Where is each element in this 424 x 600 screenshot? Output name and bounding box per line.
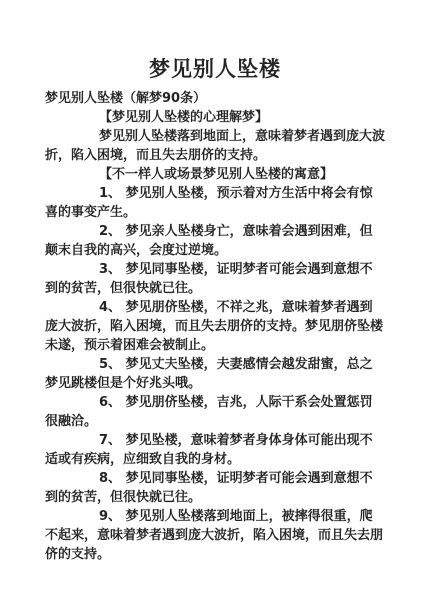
list-item-1: 1、 梦见别人坠楼，预示着对方生活中将会有惊喜的事变产生。 <box>45 184 385 222</box>
list-item-2: 2、 梦见亲人坠楼身亡，意味着会遇到困难，但颠末自我的高兴，会度过逆境。 <box>45 222 385 260</box>
section-heading-scenarios: 【不一样人或场景梦见别人坠楼的寓意】 <box>45 165 385 184</box>
list-item-9: 9、 梦见别人坠楼落到地面上，被摔得很重，爬不起来，意味着梦者遇到庞大波折，陷入… <box>45 507 385 564</box>
list-item-4: 4、 梦见朋侪坠楼，不祥之兆，意味着梦者遇到庞大波折，陷入困境，而且失去朋侪的支… <box>45 298 385 355</box>
list-item-8: 8、 梦见同事坠楼，证明梦者可能会遇到意想不到的贫苦，但很快就已往。 <box>45 469 385 507</box>
document-content: 梦见别人坠楼 梦见别人坠楼（解梦90条） 【梦见别人坠楼的心理解梦】 梦见别人坠… <box>0 56 424 564</box>
list-item-6: 6、 梦见朋侪坠楼，吉兆，人际干系会处置惩罚很融洽。 <box>45 393 385 431</box>
page-title: 梦见别人坠楼 <box>45 56 385 82</box>
psychology-paragraph: 梦见别人坠楼落到地面上，意味着梦者遇到庞大波折，陷入困境，而且失去朋侪的支持。 <box>45 127 385 165</box>
list-item-7: 7、 梦见坠楼，意味着梦者身体身体可能出现不适或有疾病，应细致自我的身材。 <box>45 431 385 469</box>
list-item-5: 5、 梦见丈夫坠楼，夫妻感情会越发甜蜜，总之梦见跳楼但是个好兆头哦。 <box>45 355 385 393</box>
section-heading-psychology: 【梦见别人坠楼的心理解梦】 <box>45 108 385 127</box>
meta-line: 梦见别人坠楼（解梦90条） <box>45 89 385 108</box>
list-item-3: 3、 梦见同事坠楼，证明梦者可能会遇到意想不到的贫苦，但很快就已往。 <box>45 260 385 298</box>
document-page: 梦见别人坠楼 梦见别人坠楼（解梦90条） 【梦见别人坠楼的心理解梦】 梦见别人坠… <box>0 0 424 600</box>
